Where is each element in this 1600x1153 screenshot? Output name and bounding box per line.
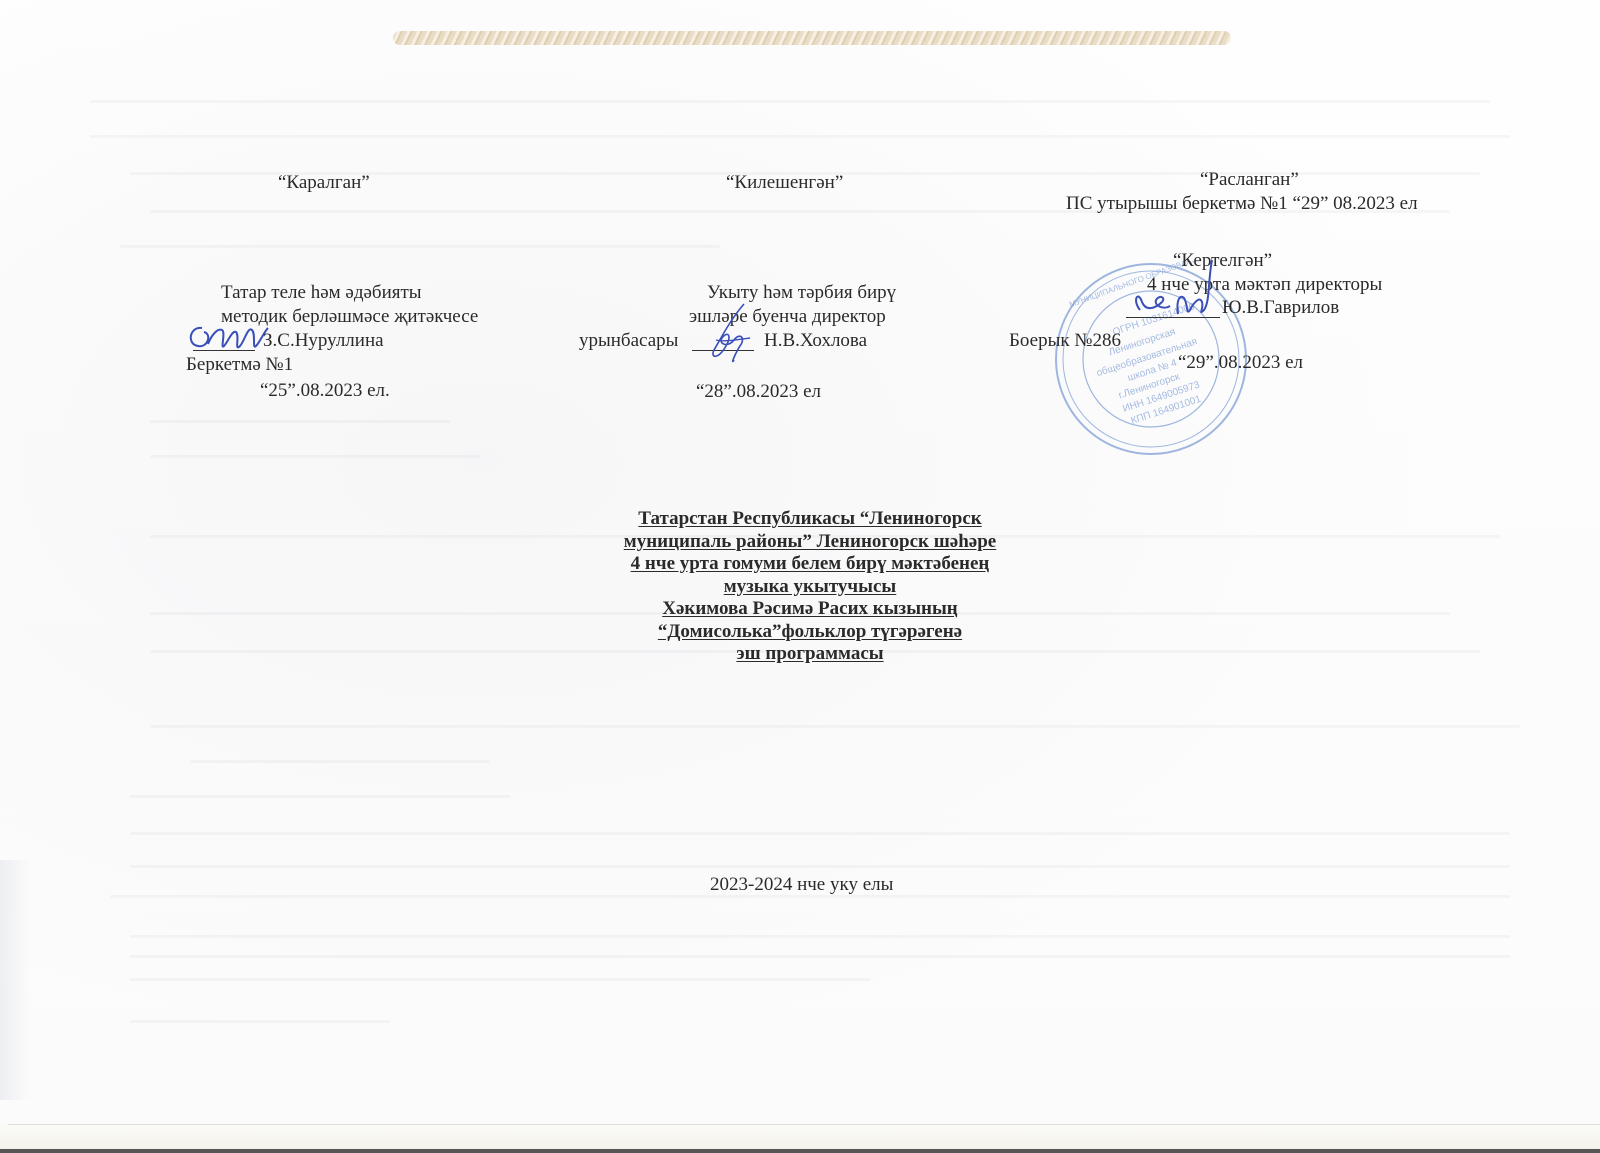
scan-edge-shadow	[0, 860, 30, 1100]
scanned-page: “Каралган” Татар теле һәм әдәбияты метод…	[0, 0, 1600, 1153]
title-line-4: музыка укытучысы	[560, 576, 1060, 599]
approved-name: Ю.В.Гаврилов	[1222, 297, 1339, 319]
bleed-through-line	[130, 832, 1510, 835]
approved-signature-icon	[1128, 250, 1224, 330]
agreed-position-line3: урынбасары	[579, 330, 678, 352]
agreed-date: “28”.08.2023 ел	[696, 381, 821, 403]
considered-protocol: ПС утырышы беркетмә №1 “29” 08.2023 ел	[1066, 193, 1418, 215]
bleed-through-line	[120, 245, 720, 248]
bleed-through-line	[130, 1020, 390, 1023]
bleed-through-line	[130, 795, 510, 798]
title-line-2: муниципаль районы” Лениногорск шәһәре	[560, 531, 1060, 554]
approved-date: “29”.08.2023 ел	[1178, 352, 1303, 374]
title-line-5: Хәкимова Рәсимә Расих кызының	[560, 598, 1060, 621]
bleed-through-line	[130, 865, 1510, 868]
title-line-7: эш программасы	[560, 643, 1060, 666]
bleed-through-line	[150, 420, 450, 423]
title-line-6: “Домисолька”фольклор түгәрәгенә	[560, 621, 1060, 644]
reviewed-heading: “Каралган”	[278, 172, 370, 194]
bleed-through-line	[130, 955, 1510, 958]
academic-year: 2023-2024 нче уку елы	[710, 874, 893, 896]
bleed-through-line	[90, 135, 1510, 138]
bleed-through-line	[150, 725, 1520, 728]
approved-order: Боерык №286	[1009, 330, 1121, 352]
considered-heading: “Расланган”	[1200, 169, 1299, 191]
scanner-border	[0, 1149, 1600, 1153]
reviewed-position-line1: Татар теле һәм әдәбияты	[221, 282, 422, 304]
binding-cord	[393, 31, 1231, 45]
title-line-3: 4 нче урта гомуми белем бирү мәктәбенең	[560, 553, 1060, 576]
reviewed-date: “25”.08.2023 ел.	[260, 380, 390, 402]
bleed-through-line	[90, 100, 1490, 103]
reviewed-name: З.С.Нуруллина	[263, 330, 384, 352]
agreed-signature-icon	[700, 300, 760, 370]
title-line-1: Татарстан Республикасы “Лениногорск	[560, 508, 1060, 531]
bleed-through-line	[190, 760, 490, 763]
bleed-through-line	[130, 978, 870, 981]
reviewed-signature-icon	[182, 316, 274, 358]
reviewed-protocol: Беркетмә №1	[186, 354, 293, 376]
bleed-through-line	[130, 935, 1510, 938]
agreed-name: Н.В.Хохлова	[764, 330, 867, 352]
program-title: Татарстан Республикасы “Лениногорск муни…	[560, 508, 1060, 666]
agreed-heading: “Килешенгән”	[726, 172, 843, 194]
bleed-through-line	[150, 455, 480, 458]
